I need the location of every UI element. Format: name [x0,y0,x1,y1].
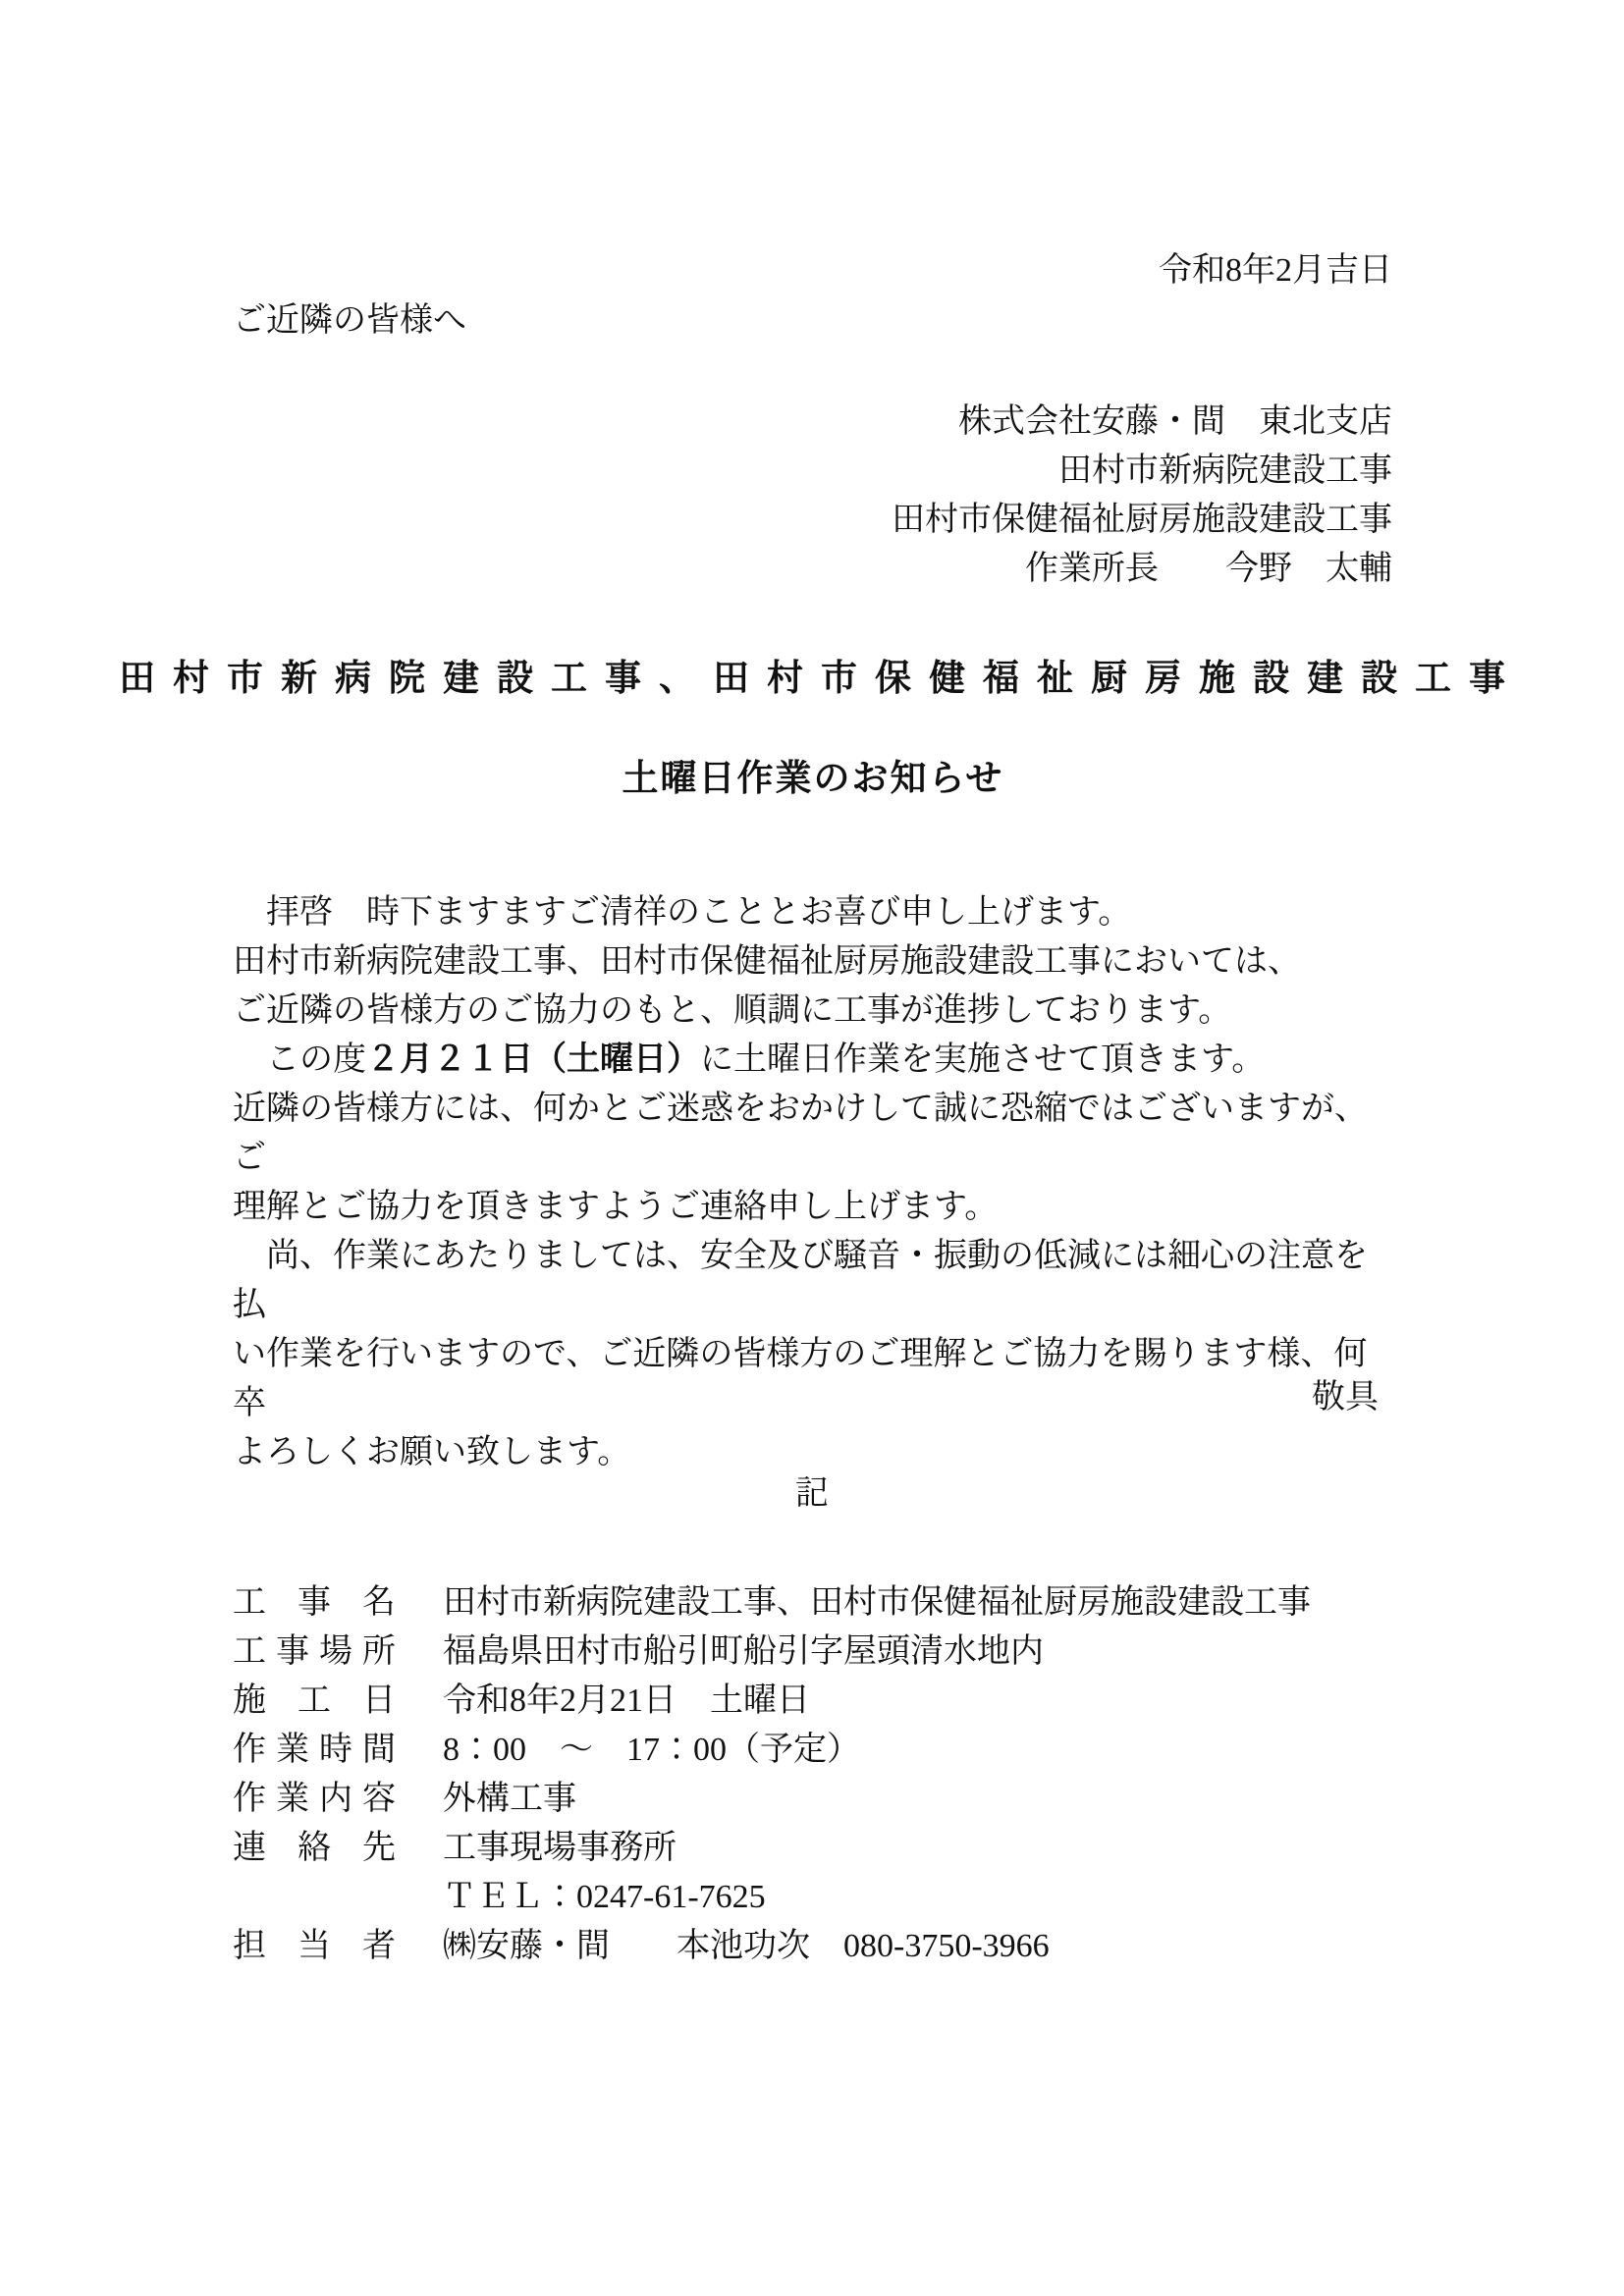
body-line-4-pre: この度 [233,1041,366,1078]
document-subtitle: 土曜日作業のお知らせ [0,756,1624,803]
details-list: 工事名 田村市新病院建設工事、田村市保健福祉厨房施設建設工事 工事場所 福島県田… [233,1578,1428,1971]
document-title: 田村市新病院建設工事、田村市保健福祉厨房施設建設工事 [0,656,1624,703]
detail-label: 作業内容 [233,1775,396,1824]
record-mark-ki: 記 [0,1470,1624,1518]
row-location: 工事場所 福島県田村市船引町船引字屋頭清水地内 [233,1628,1428,1677]
detail-label: 作業時間 [233,1726,396,1775]
sender-project-2: 田村市保健福祉厨房施設建設工事 [0,496,1392,545]
detail-value: ＴＥＬ：0247-61-7625 [443,1873,766,1922]
body-line-5: 近隣の皆様方には、何かとご迷惑をおかけして誠に恐縮ではございますが、ご [233,1085,1392,1183]
detail-label: 工事場所 [233,1628,396,1677]
row-work-content: 作業内容 外構工事 [233,1775,1428,1824]
sender-company: 株式会社安藤・間 東北支店 [0,398,1392,447]
body-line-4: この度２月２１日（土曜日）に土曜日作業を実施させて頂きます。 [233,1036,1392,1085]
body-line-3: ご近隣の皆様方のご協力のもと、順調に工事が進捗しております。 [233,987,1392,1036]
recipient-line: ご近隣の皆様へ [233,297,466,345]
detail-value: ㈱安藤・間 本池功次 080-3750-3966 [443,1922,1050,1971]
detail-value: 8：00 ～ 17：00（予定） [443,1726,860,1775]
body-line-1: 拝啓 時下ますますご清祥のこととお喜び申し上げます。 [233,888,1392,937]
sender-manager: 作業所長 今野 太輔 [0,545,1392,594]
detail-label: 担当者 [233,1922,396,1971]
detail-value: 福島県田村市船引町船引字屋頭清水地内 [443,1628,1044,1677]
detail-label: 施工日 [233,1677,396,1726]
row-tel: ＴＥＬ：0247-61-7625 [233,1873,1428,1922]
row-work-date: 施工日 令和8年2月21日 土曜日 [233,1677,1428,1726]
sender-block: 株式会社安藤・間 東北支店 田村市新病院建設工事 田村市保健福祉厨房施設建設工事… [0,398,1392,594]
row-work-hours: 作業時間 8：00 ～ 17：00（予定） [233,1726,1428,1775]
detail-label: 工事名 [233,1578,396,1628]
body-line-4-post: に土曜日作業を実施させて頂きます。 [700,1041,1265,1078]
detail-value: 田村市新病院建設工事、田村市保健福祉厨房施設建設工事 [443,1578,1311,1628]
row-project-name: 工事名 田村市新病院建設工事、田村市保健福祉厨房施設建設工事 [233,1578,1428,1628]
sender-project-1: 田村市新病院建設工事 [0,447,1392,496]
detail-value: 外構工事 [443,1775,576,1824]
body-line-2: 田村市新病院建設工事、田村市保健福祉厨房施設建設工事においては、 [233,937,1392,987]
body-line-7: 尚、作業にあたりましては、安全及び騒音・振動の低減には細心の注意を払 [233,1232,1392,1330]
detail-value: 令和8年2月21日 土曜日 [443,1677,810,1726]
body-line-4-date-bold: ２月２１日（土曜日） [366,1041,700,1078]
row-contact: 連絡先 工事現場事務所 [233,1824,1428,1873]
detail-value: 工事現場事務所 [443,1824,677,1873]
row-person-in-charge: 担当者 ㈱安藤・間 本池功次 080-3750-3966 [233,1922,1428,1971]
document-date: 令和8年2月吉日 [0,247,1392,294]
closing-keigu: 敬具 [0,1374,1379,1421]
document-page: 令和8年2月吉日 ご近隣の皆様へ 株式会社安藤・間 東北支店 田村市新病院建設工… [0,0,1624,2296]
body-line-6: 理解とご協力を頂きますようご連絡申し上げます。 [233,1183,1392,1232]
detail-label: 連絡先 [233,1824,396,1873]
